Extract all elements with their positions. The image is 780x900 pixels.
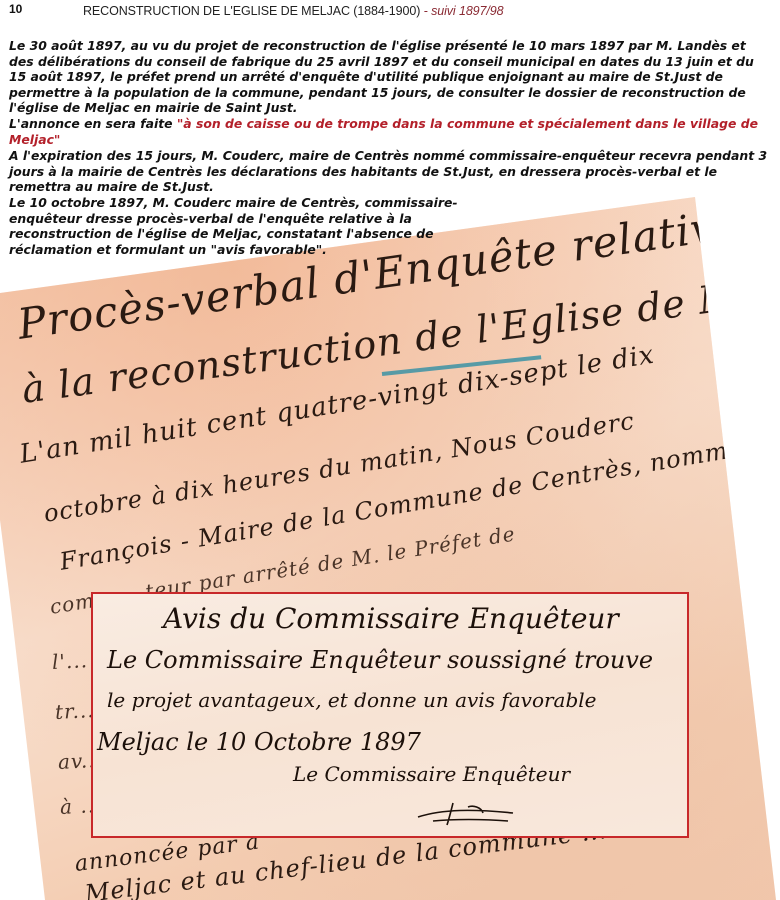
- intro-paragraph-3: A l'expiration des 15 jours, M. Couderc,…: [9, 148, 774, 195]
- signature-icon: [413, 799, 523, 827]
- announcement-lead: L'annonce en sera faite: [9, 116, 177, 131]
- inset-line-3: Meljac le 10 Octobre 1897: [97, 728, 421, 756]
- intro-text: Le 30 août 1897, au vu du projet de reco…: [9, 38, 774, 257]
- inset-line-1: Le Commissaire Enquêteur soussigné trouv…: [107, 646, 653, 674]
- inset-avis-commissaire: Avis du Commissaire Enquêteur Le Commiss…: [91, 592, 689, 838]
- intro-paragraph-2: L'annonce en sera faite "à son de caisse…: [9, 116, 774, 147]
- inset-line-2: le projet avantageux, et donne un avis f…: [107, 688, 597, 712]
- intro-paragraph-1: Le 30 août 1897, au vu du projet de reco…: [9, 38, 774, 116]
- inset-heading: Avis du Commissaire Enquêteur: [163, 602, 619, 635]
- page-title: RECONSTRUCTION DE L'EGLISE DE MELJAC (18…: [83, 4, 503, 18]
- page-title-text: RECONSTRUCTION DE L'EGLISE DE MELJAC (18…: [83, 4, 420, 18]
- page-subtitle: - suivi 1897/98: [420, 4, 503, 18]
- inset-line-4: Le Commissaire Enquêteur: [293, 762, 570, 786]
- intro-paragraph-4: Le 10 octobre 1897, M. Couderc maire de …: [9, 195, 489, 257]
- page-number: 10: [9, 2, 22, 16]
